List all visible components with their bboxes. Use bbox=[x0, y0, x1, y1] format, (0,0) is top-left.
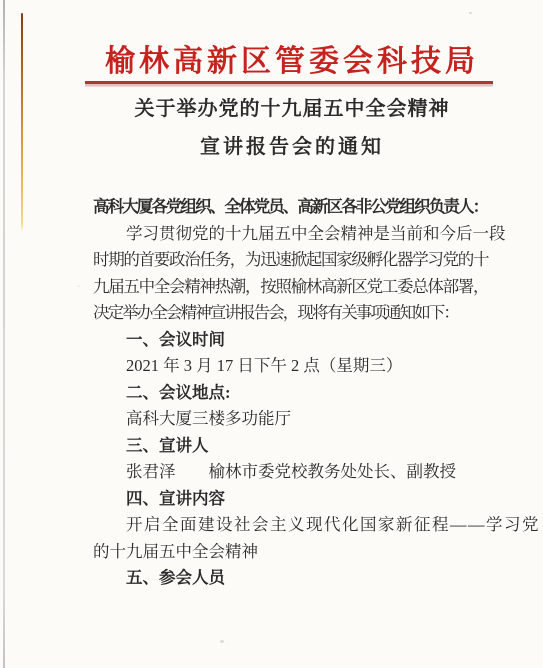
scan-artifact-orange-line bbox=[21, 13, 23, 232]
section-content-meeting-time: 2021 年 3 月 17 日下午 2 点（星期三） bbox=[93, 353, 491, 380]
section-heading-speaker: 三、宣讲人 bbox=[93, 433, 491, 460]
intro-line: 决定举办全会精神宣讲报告会，现将有关事项通知如下： bbox=[93, 300, 491, 327]
notice-title-line1: 关于举办党的十九届五中全会精神 bbox=[93, 96, 491, 122]
intro-line: 学习贯彻党的十九届五中全会精神是当前和今后一段 bbox=[93, 221, 491, 248]
section-heading-topic: 四、宣讲内容 bbox=[93, 486, 491, 513]
scan-speck bbox=[77, 285, 80, 287]
scanned-notice-page: 榆林高新区管委会科技局 关于举办党的十九届五中全会精神 宣讲报告会的通知 高科大… bbox=[0, 0, 543, 668]
section-heading-meeting-place: 二、会议地点: bbox=[93, 380, 491, 407]
intro-line: 时期的首要政治任务，为迅速掀起国家级孵化器学习党的十 bbox=[93, 247, 491, 274]
red-underline bbox=[85, 81, 493, 84]
notice-content: 榆林高新区管委会科技局 关于举办党的十九届五中全会精神 宣讲报告会的通知 高科大… bbox=[93, 0, 491, 592]
org-title: 榆林高新区管委会科技局 bbox=[93, 0, 491, 80]
notice-body: 高科大厦各党组织、全体党员、高新区各非公党组织负责人： 学习贯彻党的十九届五中全… bbox=[93, 194, 491, 592]
salutation: 高科大厦各党组织、全体党员、高新区各非公党组织负责人： bbox=[93, 194, 491, 221]
intro-line: 九届五中全会精神热潮，按照榆林高新区党工委总体部署， bbox=[93, 274, 491, 301]
section-heading-attendees: 五、参会人员 bbox=[93, 565, 491, 592]
scan-edge-line bbox=[3, 0, 5, 668]
scan-smudge bbox=[220, 640, 224, 643]
notice-title-line2: 宣讲报告会的通知 bbox=[93, 134, 491, 160]
section-content-topic: 的十九届五中全会精神 bbox=[93, 539, 491, 566]
section-content-speaker: 张君泽 榆林市委党校教务处处长、副教授 bbox=[93, 459, 491, 486]
section-heading-meeting-time: 一、会议时间 bbox=[93, 327, 491, 354]
section-content-topic: 开启全面建设社会主义现代化国家新征程——学习党 bbox=[93, 512, 491, 539]
section-content-meeting-place: 高科大厦三楼多功能厅 bbox=[93, 406, 491, 433]
